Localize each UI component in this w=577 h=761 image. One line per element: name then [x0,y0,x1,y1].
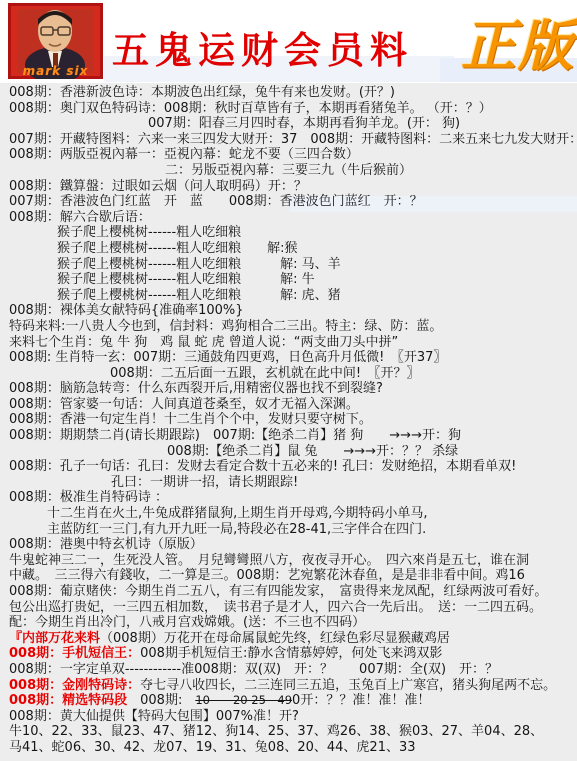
text-segment: 008期：一字定单双------------准008期：双(双) 开：？ 007… [9,662,498,677]
doc-line: 008期：期期禁二肖(请长期跟踪) 007期:【绝杀二肖】猪 狗 →→→开：狗 [9,428,575,444]
text-segment: 008期:【绝杀二肖】鼠 兔 →→→开：？？ 杀绿 [167,444,458,459]
doc-line: 孔曰：一期讲一招，请长期跟踪! [9,475,575,491]
doc-line: 008期：香港新波色诗：本期波色出红绿，兔牛有来也发财。(开？) [9,85,575,101]
marksix-label: mark six [8,64,103,78]
doc-line: 008期：两版亞視內幕一：亞視內幕：蛇龙不要（三四合数） [9,147,575,163]
doc-line: 008期：解六合歇后语： [9,210,575,226]
text-segment: 008期：裸体美女献特码{准确率100%} [9,303,244,318]
text-segment: 008期：极准生肖特码诗 ： [9,490,168,505]
doc-line: 马41、蛇06、30、42、龙07、19、31、兔08、20、44、虎21、33 [9,740,575,756]
text-segment: 主蓝防红一三门,有九开九旺一局,特段必在28-41,三字伴合在四门. [47,522,426,537]
text-segment: 008期：奥门双色特码诗：008期：秋时百草皆有子，本期再看猪兔羊。 （开：？） [9,101,492,116]
text-segment: 来料七个生肖：兔 牛 狗 鸡 鼠 蛇 虎 曾道人说：“两支曲刀头中拼” [9,335,398,350]
text-segment: 008期：金刚特码诗： [9,678,140,693]
doc-line: 猴子爬上樱桃树------粗人吃细粮 解: 马、羊 [9,257,575,273]
text-segment: 008期：孔子一句话：孔曰：发财去看定合数十五必来的! 孔曰：发财绝招，本期看单… [9,459,516,474]
text-segment: 008期手机短信王:静水含情慕婷婷，何处飞来鸿双影 [140,646,442,661]
text-segment: 008期：精选特码段 [9,693,127,708]
text-segment: 008期：葡京赌侠：今期生肖二五八，有三有四能发家， 富贵得来龙凤配，红绿两波可… [9,584,547,599]
text-segment: 008期：管家婆一句话：人间真道苍桑至，奴才无福入深渊。 [9,397,359,412]
text-segment: 二：另版亞視內幕：三要三九（牛后猴前） [165,163,412,178]
text-segment: 猴子爬上樱桃树------粗人吃细粮 解: 马、羊 [57,257,341,272]
doc-line: 008期：极准生肖特码诗 ： [9,490,575,506]
doc-line: 008期：孔子一句话：孔曰：发财去看定合数十五必来的! 孔曰：发财绝招，本期看单… [9,459,575,475]
text-segment: 十二生肖在火土,牛兔成群猪鼠狗,上期生肖开母鸡,今期特码小单马, [47,506,428,521]
document-body: 008期：香港新波色诗：本期波色出红绿，兔牛有来也发财。(开？)008期：奥门双… [9,85,575,756]
text-segment: 008期：鐵算盤：过眼如云烟（问人取明码）开：？ [9,179,307,194]
text-segment: 猴子爬上樱桃树------粗人吃细粮 解: 虎、猪 [57,288,341,303]
genuine-badge: 正版 [461,2,575,81]
doc-line: 008期：香港一句定生肖！十二生肖个个中，发财只要守树下。 [9,412,575,428]
text-segment: 008期：香港新波色诗：本期波色出红绿，兔牛有来也发财。(开？) [9,85,395,100]
doc-line: 二：另版亞視內幕：三要三九（牛后猴前） [9,163,575,179]
doc-line: 牛10、22、33、鼠23、47、猪12、狗14、25、37、鸡26、38、猴0… [9,724,575,740]
doc-line: 008期：脑筋急转弯：什么东西裂开后,用精密仪器也找不到裂缝? [9,381,575,397]
text-segment: 猴子爬上樱桃树------粗人吃细粮 解:猴 [57,241,298,256]
doc-line: 008期：金刚特码诗：夺七寻八收四长，二三连同三五追，玉兔百上广寒宫，猪头狗尾两… [9,678,575,694]
doc-line: 008期：黄大仙提供【特码大包围】007%准！开? [9,709,575,725]
text-segment: 008期：香港一句定生肖！十二生肖个个中，发财只要守树下。 [9,412,372,427]
doc-line: 008期：一字定单双------------准008期：双(双) 开：？ 007… [9,662,575,678]
text-segment: 008期：解六合歇后语： [9,210,151,225]
text-segment: 包公出巡打贵妃，一三四五相加数， 读书君子是才人，四六合一先后出。 送：一二四五… [9,600,542,615]
page: mark six 五鬼运财会员料 正版 008期：香港新波色诗：本期波色出红绿，… [0,0,577,761]
doc-line: 008期：管家婆一句话：人间真道苍桑至，奴才无福入深渊。 [9,397,575,413]
text-segment: 夺七寻八收四长，二三连同三五追，玉兔百上广寒宫，猪头狗尾两不忘。 [140,678,556,693]
text-segment: 008期：港奥中特玄机诗（原版） [9,537,203,552]
text-segment: 0开：？？准！准！准！ [292,693,430,708]
doc-line: 特码来料:一八贵人今也到，信封料：鸡狗相合二三出。特主：绿、防：蓝。 [9,319,575,335]
doc-line: 007期：开藏特图料：六来一来三四发大财开：37 008期：开藏特图料：二来五来… [9,132,575,148]
doc-line: 猴子爬上樱桃树------粗人吃细粮 解: 牛 [9,272,575,288]
doc-line: 猴子爬上樱桃树------粗人吃细粮 解:猴 [9,241,575,257]
doc-line: 008期：港奥中特玄机诗（原版） [9,537,575,553]
text-segment: 特码来料:一八贵人今也到，信封料：鸡狗相合二三出。特主：绿、防：蓝。 [9,319,442,334]
text-segment: 马41、蛇06、30、42、龙07、19、31、兔08、20、44、虎21、33 [9,740,416,755]
doc-line: 中藏。 三三得六有錢收，二一算是三。008期：艺宛繁花沐春鱼，是是非非看中间。鸡… [9,568,575,584]
text-segment: 007期：阳春三月四时春，本期再看狗羊龙。(开： 狗) [148,116,460,131]
text-segment: 008期：脑筋急转弯：什么东西裂开后,用精密仪器也找不到裂缝? [9,381,383,396]
doc-line: 008期：鐵算盤：过眼如云烟（问人取明码）开：？ [9,179,575,195]
text-segment: 008期: [127,693,195,708]
doc-line: 『内部万花来料（008期）万花开在母命属鼠蛇先终，红绿色彩尽显猴藏鸡居 [9,631,575,647]
portrait-photo: mark six [8,3,103,79]
text-segment: 007期：开藏特图料：六来一来三四发大财开：37 008期：开藏特图料：二来五来… [9,132,577,147]
text-segment: 配：今期生肖出冷门，八戒月宫戏嫦娥。(送：不三也不四码） [9,615,365,630]
doc-line: 008期：手机短信王：008期手机短信王:静水含情慕婷婷，何处飞来鸿双影 [9,646,575,662]
text-segment: 中藏。 三三得六有錢收，二一算是三。008期：艺宛繁花沐春鱼，是是非非看中间。鸡… [9,568,525,583]
text-segment: 猴子爬上樱桃树------粗人吃细粮 解: 牛 [57,272,315,287]
page-title: 五鬼运财会员料 [112,20,413,74]
text-segment: 牛10、22、33、鼠23、47、猪12、狗14、25、37、鸡26、38、猴0… [9,724,543,739]
doc-line: 牛鬼蛇神三二一，生死没人管。 月兒彎彎照八方，夜夜寻开心。 四六來肖是五七，谁在… [9,553,575,569]
doc-line: 猴子爬上樱桃树------粗人吃细粮 [9,225,575,241]
text-segment: 008期：两版亞視內幕一：亞視內幕：蛇龙不要（三四合数） [9,147,359,162]
doc-line: 008期：二五后面一五跟，玄机就在此中间! 〖开？〗 [9,366,575,382]
text-segment: 008期：黄大仙提供【特码大包围】007%准！开? [9,709,299,724]
text-segment: 008期：期期禁二肖(请长期跟踪) 007期:【绝杀二肖】猪 狗 →→→开：狗 [9,428,461,443]
doc-line: 008期：葡京赌侠：今期生肖二五八，有三有四能发家， 富贵得来龙凤配，红绿两波可… [9,584,575,600]
doc-line: 猴子爬上樱桃树------粗人吃细粮 解: 虎、猪 [9,288,575,304]
text-segment: 10——20 25—49 [195,693,292,707]
doc-line: 008期：奥门双色特码诗：008期：秋时百草皆有子，本期再看猪兔羊。 （开：？） [9,101,575,117]
doc-line: 008期:【绝杀二肖】鼠 兔 →→→开：？？ 杀绿 [9,444,575,460]
text-segment: 牛鬼蛇神三二一，生死没人管。 月兒彎彎照八方，夜夜寻开心。 四六來肖是五七，谁在… [9,553,529,568]
text-segment: 猴子爬上樱桃树------粗人吃细粮 [57,225,241,240]
text-segment: 008期：二五后面一五跟，玄机就在此中间! 〖开？〗 [110,366,420,381]
doc-line: 007期：阳春三月四时春，本期再看狗羊龙。(开： 狗) [9,116,575,132]
doc-line: 来料七个生肖：兔 牛 狗 鸡 鼠 蛇 虎 曾道人说：“两支曲刀头中拼” [9,335,575,351]
doc-line: 007期：香港波色门红蓝 开 蓝 008期：香港波色门蓝红 开：？ [9,194,575,210]
text-segment: 孔曰：一期讲一招，请长期跟踪! [111,475,298,490]
text-segment: 008期：手机短信王： [9,646,140,661]
doc-line: 008期: 生肖特一玄：007期：三通鼓角四更鸡，日色高升月低微! 〖开37〗 [9,350,575,366]
text-segment: 008期: 生肖特一玄：007期：三通鼓角四更鸡，日色高升月低微! 〖开37〗 [9,350,446,365]
text-segment: 007期：香港波色门红蓝 开 蓝 008期：香港波色门蓝红 开：？ [9,194,423,209]
doc-line: 配：今期生肖出冷门，八戒月宫戏嫦娥。(送：不三也不四码） [9,615,575,631]
doc-line: 008期：裸体美女献特码{准确率100%} [9,303,575,319]
doc-line: 主蓝防红一三门,有九开九旺一局,特段必在28-41,三字伴合在四门. [9,522,575,538]
text-segment: 『内部万花来料 [9,631,100,646]
doc-line: 008期：精选特码段 008期: 10——20 25—490开：？？准！准！准！ [9,693,575,709]
doc-line: 十二生肖在火土,牛兔成群猪鼠狗,上期生肖开母鸡,今期特码小单马, [9,506,575,522]
text-segment: （008期）万花开在母命属鼠蛇先终，红绿色彩尽显猴藏鸡居 [100,631,450,646]
doc-line: 包公出巡打贵妃，一三四五相加数， 读书君子是才人，四六合一先后出。 送：一二四五… [9,600,575,616]
